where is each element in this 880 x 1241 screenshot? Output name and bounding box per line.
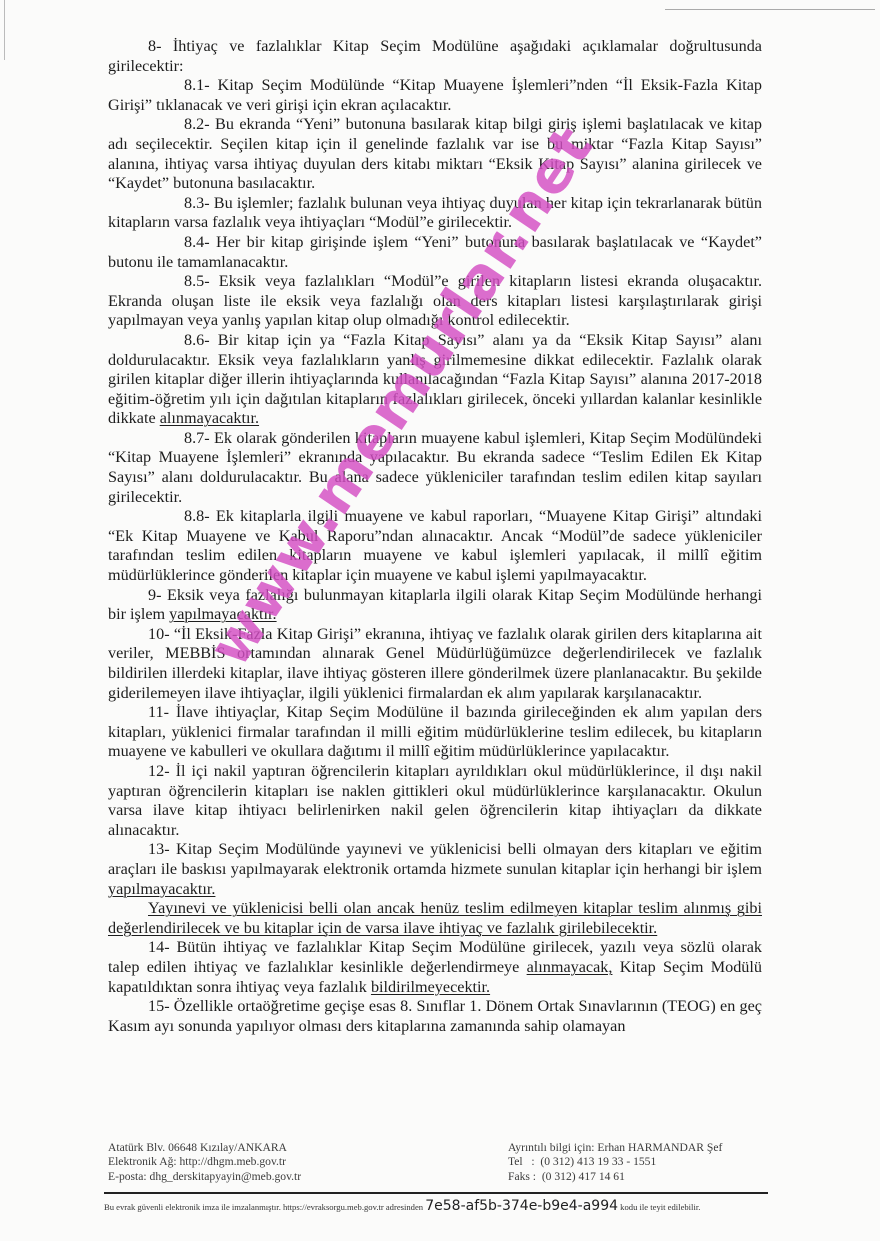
footer-contact-block: Ayrıntılı bilgi için: Erhan HARMANDAR Şe… — [508, 1141, 778, 1184]
verification-suffix: kodu ile teyit edilebilir. — [618, 1202, 700, 1212]
footer-divider — [104, 1192, 768, 1194]
underlined-text: Yayınevi ve yüklenicisi belli olan ancak… — [108, 899, 762, 937]
paragraph-text: 11- İlave ihtiyaçlar, Kitap Seçim Modülü… — [108, 703, 762, 760]
paragraph-p8-5: 8.5- Eksik veya fazlalıkları “Modül”e gi… — [108, 272, 762, 331]
verification-code: 7e58-af5b-374e-b9e4-a994 — [425, 1198, 618, 1214]
paragraph-text: 8.4- Her bir kitap girişinde işlem “Yeni… — [108, 233, 762, 271]
paragraph-text: 8.5- Eksik veya fazlalıkları “Modül”e gi… — [108, 272, 762, 329]
footer-email: E-posta: dhg_derskitapyayin@meb.gov.tr — [108, 1170, 438, 1184]
paragraph-p12: 12- İl içi nakil yaptıran öğrencilerin k… — [108, 762, 762, 840]
paragraph-text: 13- Kitap Seçim Modülünde yayınevi ve yü… — [108, 840, 762, 878]
paragraph-p8-7: 8.7- Ek olarak gönderilen kitapların mua… — [108, 429, 762, 507]
paragraph-p8-2: 8.2- Bu ekranda “Yeni” butonuna basılara… — [108, 115, 762, 193]
footer-contact-person: Ayrıntılı bilgi için: Erhan HARMANDAR Şe… — [508, 1141, 778, 1155]
paragraph-p14: 14- Bütün ihtiyaç ve fazlalıklar Kitap S… — [108, 938, 762, 997]
paragraph-p13: 13- Kitap Seçim Modülünde yayınevi ve yü… — [108, 840, 762, 899]
footer-address: Atatürk Blv. 06648 Kızılay/ANKARA — [108, 1141, 438, 1155]
document-body: 8- İhtiyaç ve fazlalıklar Kitap Seçim Mo… — [108, 37, 762, 1036]
paragraph-p15: 15- Özellikle ortaöğretime geçişe esas 8… — [108, 997, 762, 1036]
paragraph-p8: 8- İhtiyaç ve fazlalıklar Kitap Seçim Mo… — [108, 37, 762, 76]
paragraph-text: 8.1- Kitap Seçim Modülünde “Kitap Muayen… — [108, 76, 762, 114]
paragraph-text: 8.7- Ek olarak gönderilen kitapların mua… — [108, 429, 762, 506]
paragraph-text: 8.3- Bu işlemler; fazlalık bulunan veya … — [108, 194, 762, 232]
top-rule — [665, 9, 875, 10]
footer-address-block: Atatürk Blv. 06648 Kızılay/ANKARA Elektr… — [108, 1141, 438, 1184]
paragraph-text: 15- Özellikle ortaöğretime geçişe esas 8… — [108, 997, 762, 1035]
footer-tel: Tel : (0 312) 413 19 33 - 1551 — [508, 1155, 778, 1169]
footer-fax: Faks : (0 312) 417 14 61 — [508, 1170, 778, 1184]
underlined-text: yapılmayacaktır. — [169, 605, 276, 623]
document-page: 8- İhtiyaç ve fazlalıklar Kitap Seçim Mo… — [0, 0, 880, 1241]
paragraph-p8-1: 8.1- Kitap Seçim Modülünde “Kitap Muayen… — [108, 76, 762, 115]
paragraph-text: 10- “İl Eksik-Fazla Kitap Girişi” ekranı… — [108, 625, 762, 702]
underlined-text: alınmayacak, — [527, 958, 613, 976]
paragraph-p13b: Yayınevi ve yüklenicisi belli olan ancak… — [108, 899, 762, 938]
paragraph-p11: 11- İlave ihtiyaçlar, Kitap Seçim Modülü… — [108, 703, 762, 762]
paragraph-text: 8.2- Bu ekranda “Yeni” butonuna basılara… — [108, 115, 762, 192]
paragraph-p8-3: 8.3- Bu işlemler; fazlalık bulunan veya … — [108, 194, 762, 233]
paragraph-p8-4: 8.4- Her bir kitap girişinde işlem “Yeni… — [108, 233, 762, 272]
paragraph-p8-6: 8.6- Bir kitap için ya “Fazla Kitap Sayı… — [108, 331, 762, 429]
paragraph-text: 8.8- Ek kitaplarla ilgili muayene ve kab… — [108, 507, 762, 584]
paragraph-p8-8: 8.8- Ek kitaplarla ilgili muayene ve kab… — [108, 507, 762, 585]
paragraph-p10: 10- “İl Eksik-Fazla Kitap Girişi” ekranı… — [108, 625, 762, 703]
scan-edge-mark — [4, 0, 5, 60]
paragraph-text: 8- İhtiyaç ve fazlalıklar Kitap Seçim Mo… — [108, 37, 762, 75]
footer-web: Elektronik Ağ: http://dhgm.meb.gov.tr — [108, 1155, 438, 1169]
paragraph-p9: 9- Eksik veya fazlalığı bulunmayan kitap… — [108, 586, 762, 625]
paragraph-text: 12- İl içi nakil yaptıran öğrencilerin k… — [108, 762, 762, 839]
underlined-text: alınmayacaktır. — [160, 409, 259, 427]
verification-prefix: Bu evrak güvenli elektronik imza ile imz… — [104, 1202, 425, 1212]
underlined-text: yapılmayacaktır. — [108, 880, 215, 898]
underlined-text: bildirilmeyecektir. — [371, 978, 490, 996]
e-signature-verification: Bu evrak güvenli elektronik imza ile imz… — [104, 1198, 770, 1214]
